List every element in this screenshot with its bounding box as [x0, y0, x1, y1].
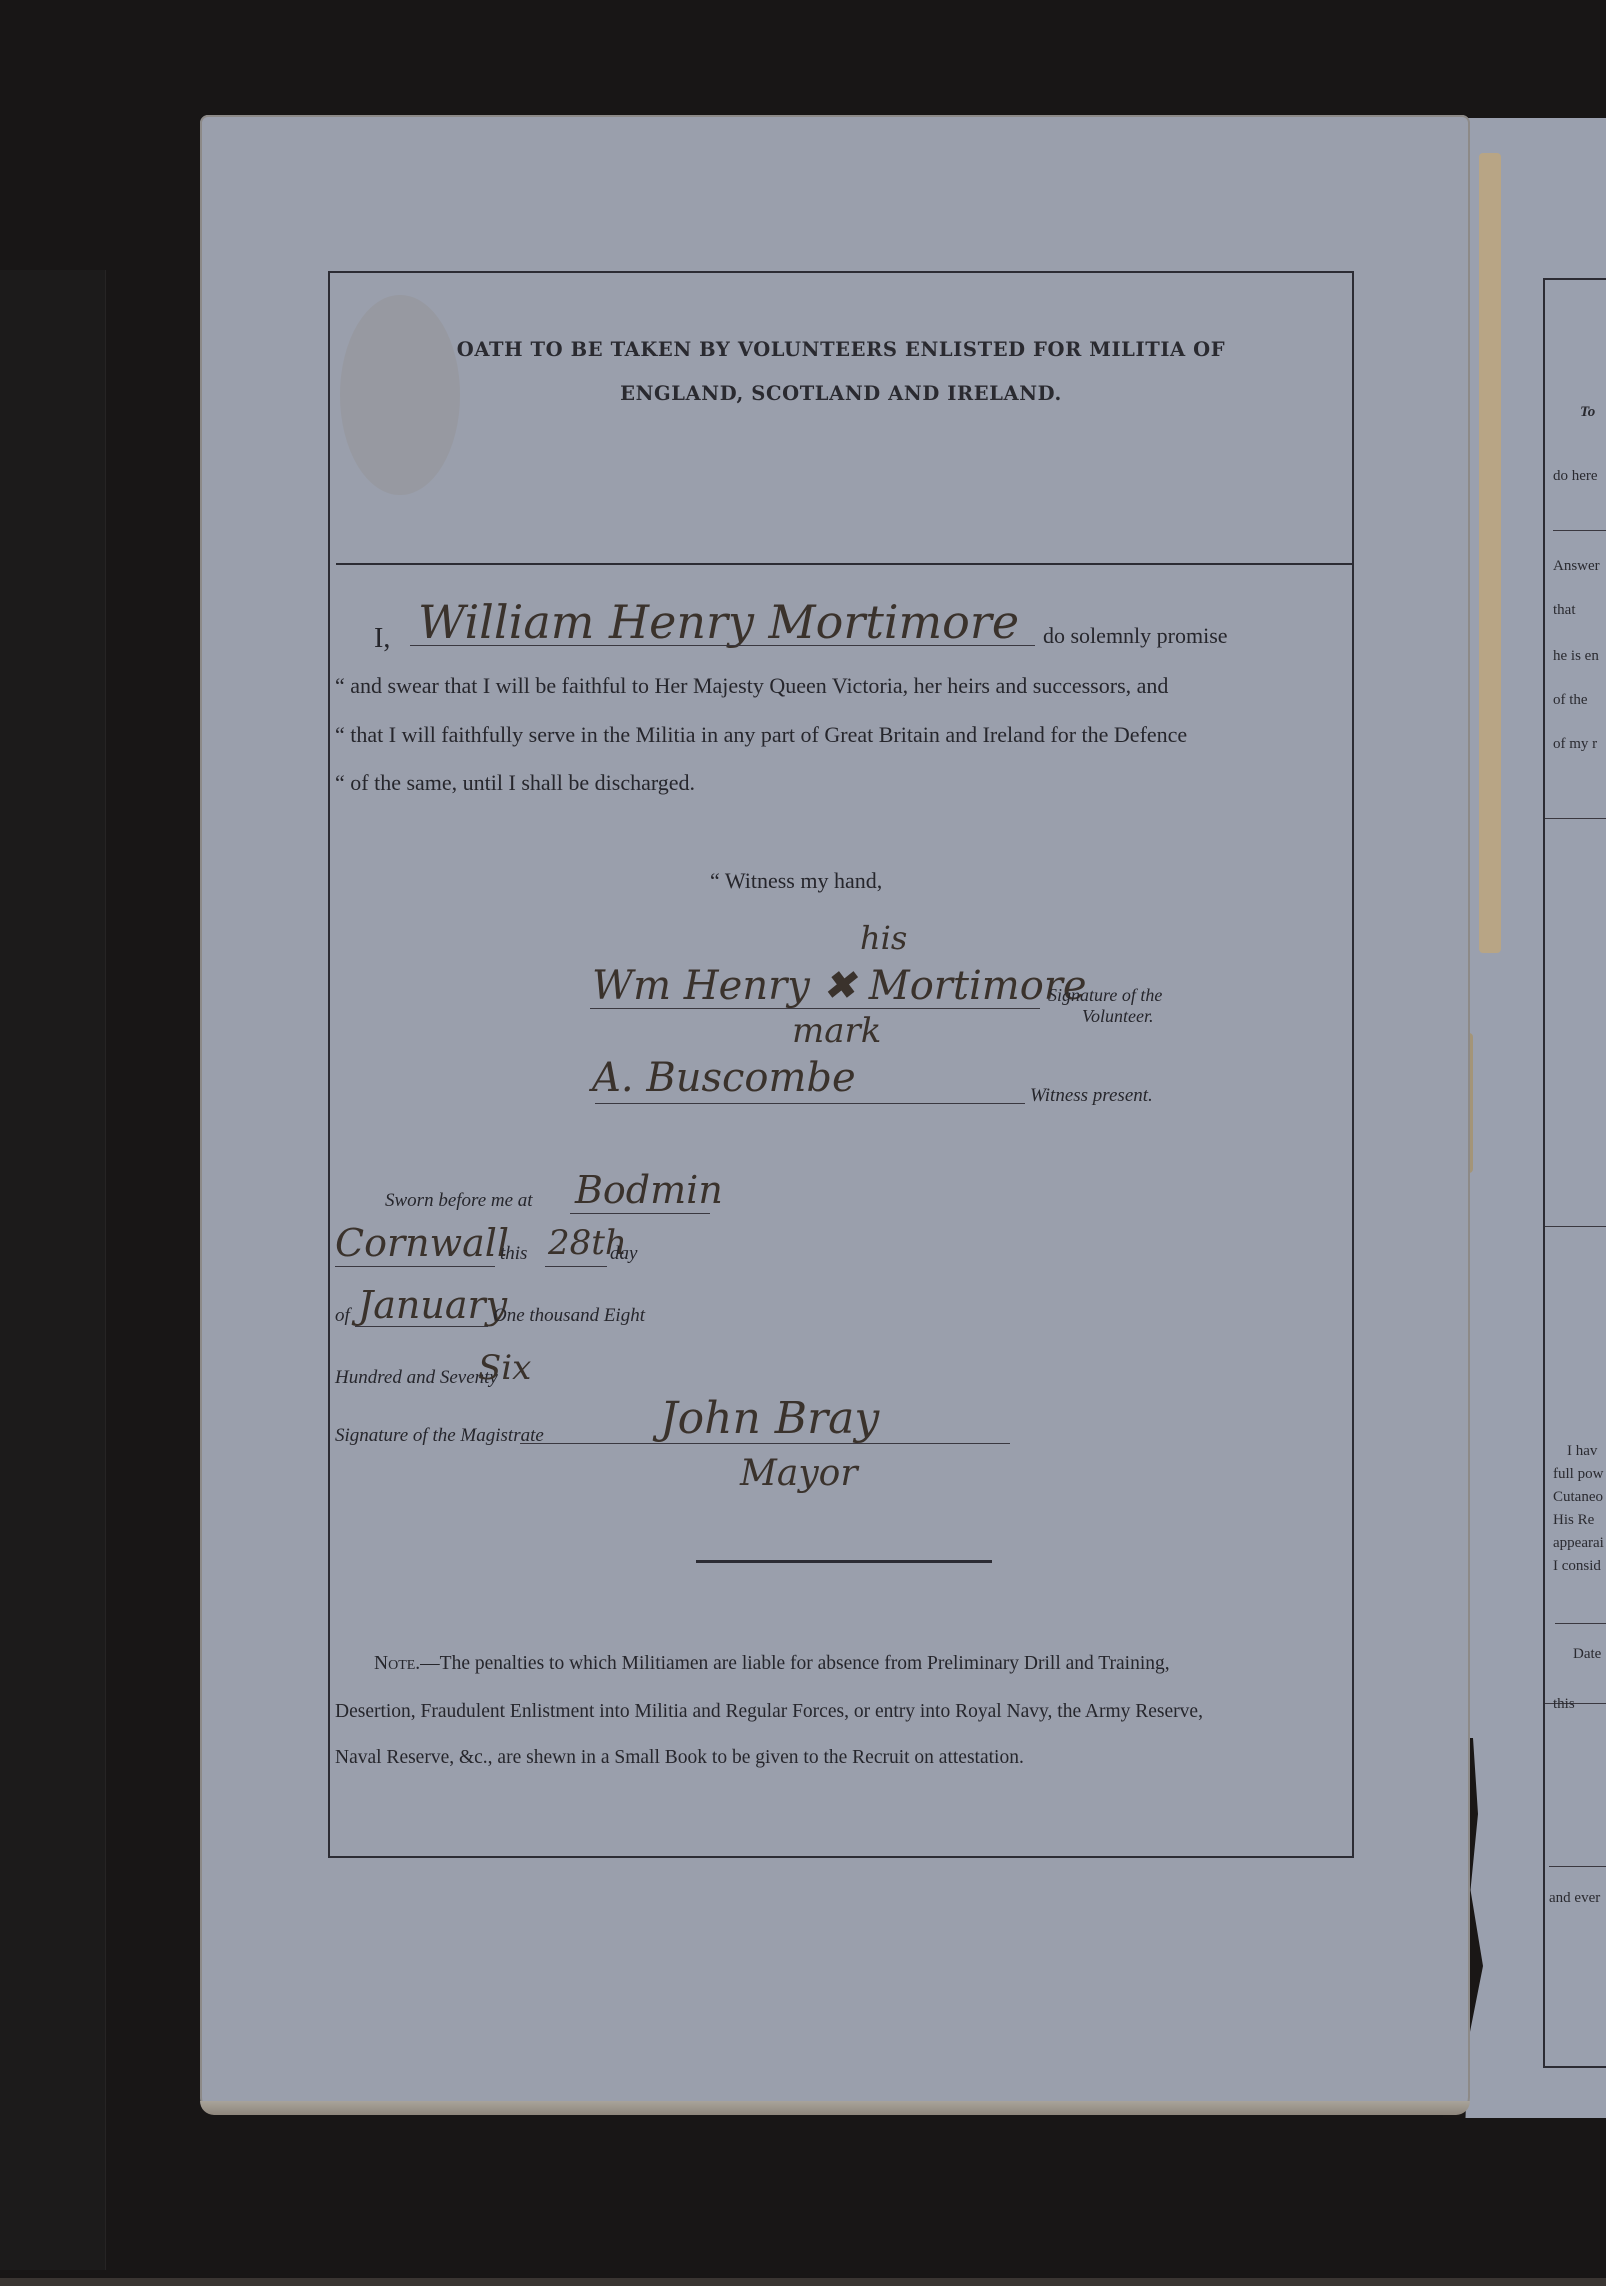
- note-line-3: Naval Reserve, &c., are shewn in a Small…: [335, 1747, 1024, 1769]
- place-line: [570, 1213, 710, 1214]
- title-divider: [336, 563, 1352, 565]
- signature-line: [590, 1008, 1040, 1009]
- note-line-2: Desertion, Fraudulent Enlistment into Mi…: [335, 1701, 1203, 1723]
- volunteer-signature-handwritten: Wm Henry ✖ Mortimore: [592, 963, 1087, 1009]
- magistrate-signature-handwritten: John Bray: [660, 1393, 879, 1444]
- oath-line1-suffix: do solemnly promise: [1043, 623, 1228, 649]
- magistrate-line: [520, 1443, 1010, 1444]
- book-binding: [0, 270, 106, 2270]
- volunteer-name-handwritten: William Henry Mortimore: [418, 595, 1019, 649]
- form-title: OATH TO BE TAKEN BY VOLUNTEERS ENLISTED …: [330, 328, 1352, 416]
- mark-his: his: [860, 919, 907, 957]
- witness-signature-handwritten: A. Buscombe: [592, 1055, 856, 1101]
- month-handwritten: January: [358, 1283, 507, 1327]
- right-text: Cutaneo: [1553, 1489, 1603, 1506]
- sworn-label: Sworn before me at: [385, 1190, 533, 1212]
- right-text: this: [1553, 1696, 1575, 1713]
- day-line: [545, 1266, 607, 1267]
- this-label: this: [500, 1243, 527, 1265]
- witness-heading: “ Witness my hand,: [710, 868, 882, 894]
- left-page: OATH TO BE TAKEN BY VOLUNTEERS ENLISTED …: [200, 115, 1470, 2115]
- oath-line-4: “ of the same, until I shall be discharg…: [335, 770, 695, 796]
- repair-tape: [1479, 153, 1501, 953]
- signature-label-1: Signature of the: [1048, 985, 1162, 1006]
- oath-line-2: “ and swear that I will be faithful to H…: [335, 673, 1168, 699]
- right-text: To: [1580, 404, 1595, 421]
- right-text: I hav: [1567, 1443, 1597, 1460]
- month-line: [355, 1326, 488, 1327]
- of-label: of: [335, 1305, 350, 1327]
- place-handwritten: Bodmin: [575, 1168, 723, 1212]
- title-line-1: OATH TO BE TAKEN BY VOLUNTEERS ENLISTED …: [330, 328, 1352, 372]
- oath-line-3: “ that I will faithfully serve in the Mi…: [335, 722, 1187, 748]
- magistrate-label: Signature of the Magistrate: [335, 1425, 544, 1447]
- right-text: of my r: [1553, 736, 1597, 753]
- year-label-1: One thousand Eight: [493, 1305, 645, 1327]
- witness-line: [595, 1103, 1025, 1104]
- title-line-2: ENGLAND, SCOTLAND AND IRELAND.: [330, 372, 1352, 416]
- year-label-2: Hundred and Seventy: [335, 1367, 498, 1389]
- county-handwritten: Cornwall: [335, 1221, 509, 1265]
- bottom-strip: [0, 2278, 1606, 2286]
- note-line-1: Note.—The penalties to which Militiamen …: [374, 1653, 1170, 1675]
- right-text: of the: [1553, 692, 1588, 709]
- right-text: that: [1553, 602, 1576, 619]
- right-text: and ever: [1549, 1890, 1600, 1907]
- right-text: he is en: [1553, 648, 1599, 665]
- right-text: His Re: [1553, 1512, 1594, 1529]
- year-handwritten: Six: [478, 1348, 531, 1388]
- oath-form-box: OATH TO BE TAKEN BY VOLUNTEERS ENLISTED …: [328, 271, 1354, 1858]
- note-text-1: —The penalties to which Militiamen are l…: [420, 1653, 1169, 1674]
- magistrate-title-handwritten: Mayor: [740, 1453, 858, 1494]
- day-label: day: [610, 1243, 637, 1265]
- blank-line: [1555, 1623, 1606, 1624]
- right-form-box: [1543, 278, 1606, 2068]
- right-text: do here: [1553, 468, 1598, 485]
- signature-label-2: Volunteer.: [1082, 1006, 1154, 1027]
- oath-prefix: I,: [374, 623, 390, 655]
- section-divider: [696, 1560, 992, 1563]
- right-text: I consid: [1553, 1558, 1601, 1575]
- right-text: Answer: [1553, 558, 1600, 575]
- name-line: [410, 645, 1035, 646]
- right-text: Date: [1573, 1646, 1601, 1663]
- county-line: [335, 1266, 495, 1267]
- note-label: Note.: [374, 1653, 420, 1674]
- blank-line: [1553, 530, 1606, 531]
- blank-line: [1549, 1866, 1606, 1867]
- mark-label: mark: [792, 1011, 881, 1051]
- right-text: full pow: [1553, 1466, 1603, 1483]
- divider: [1545, 818, 1606, 819]
- divider: [1545, 1226, 1606, 1227]
- witness-label: Witness present.: [1030, 1085, 1153, 1107]
- right-text: appearai: [1553, 1535, 1604, 1552]
